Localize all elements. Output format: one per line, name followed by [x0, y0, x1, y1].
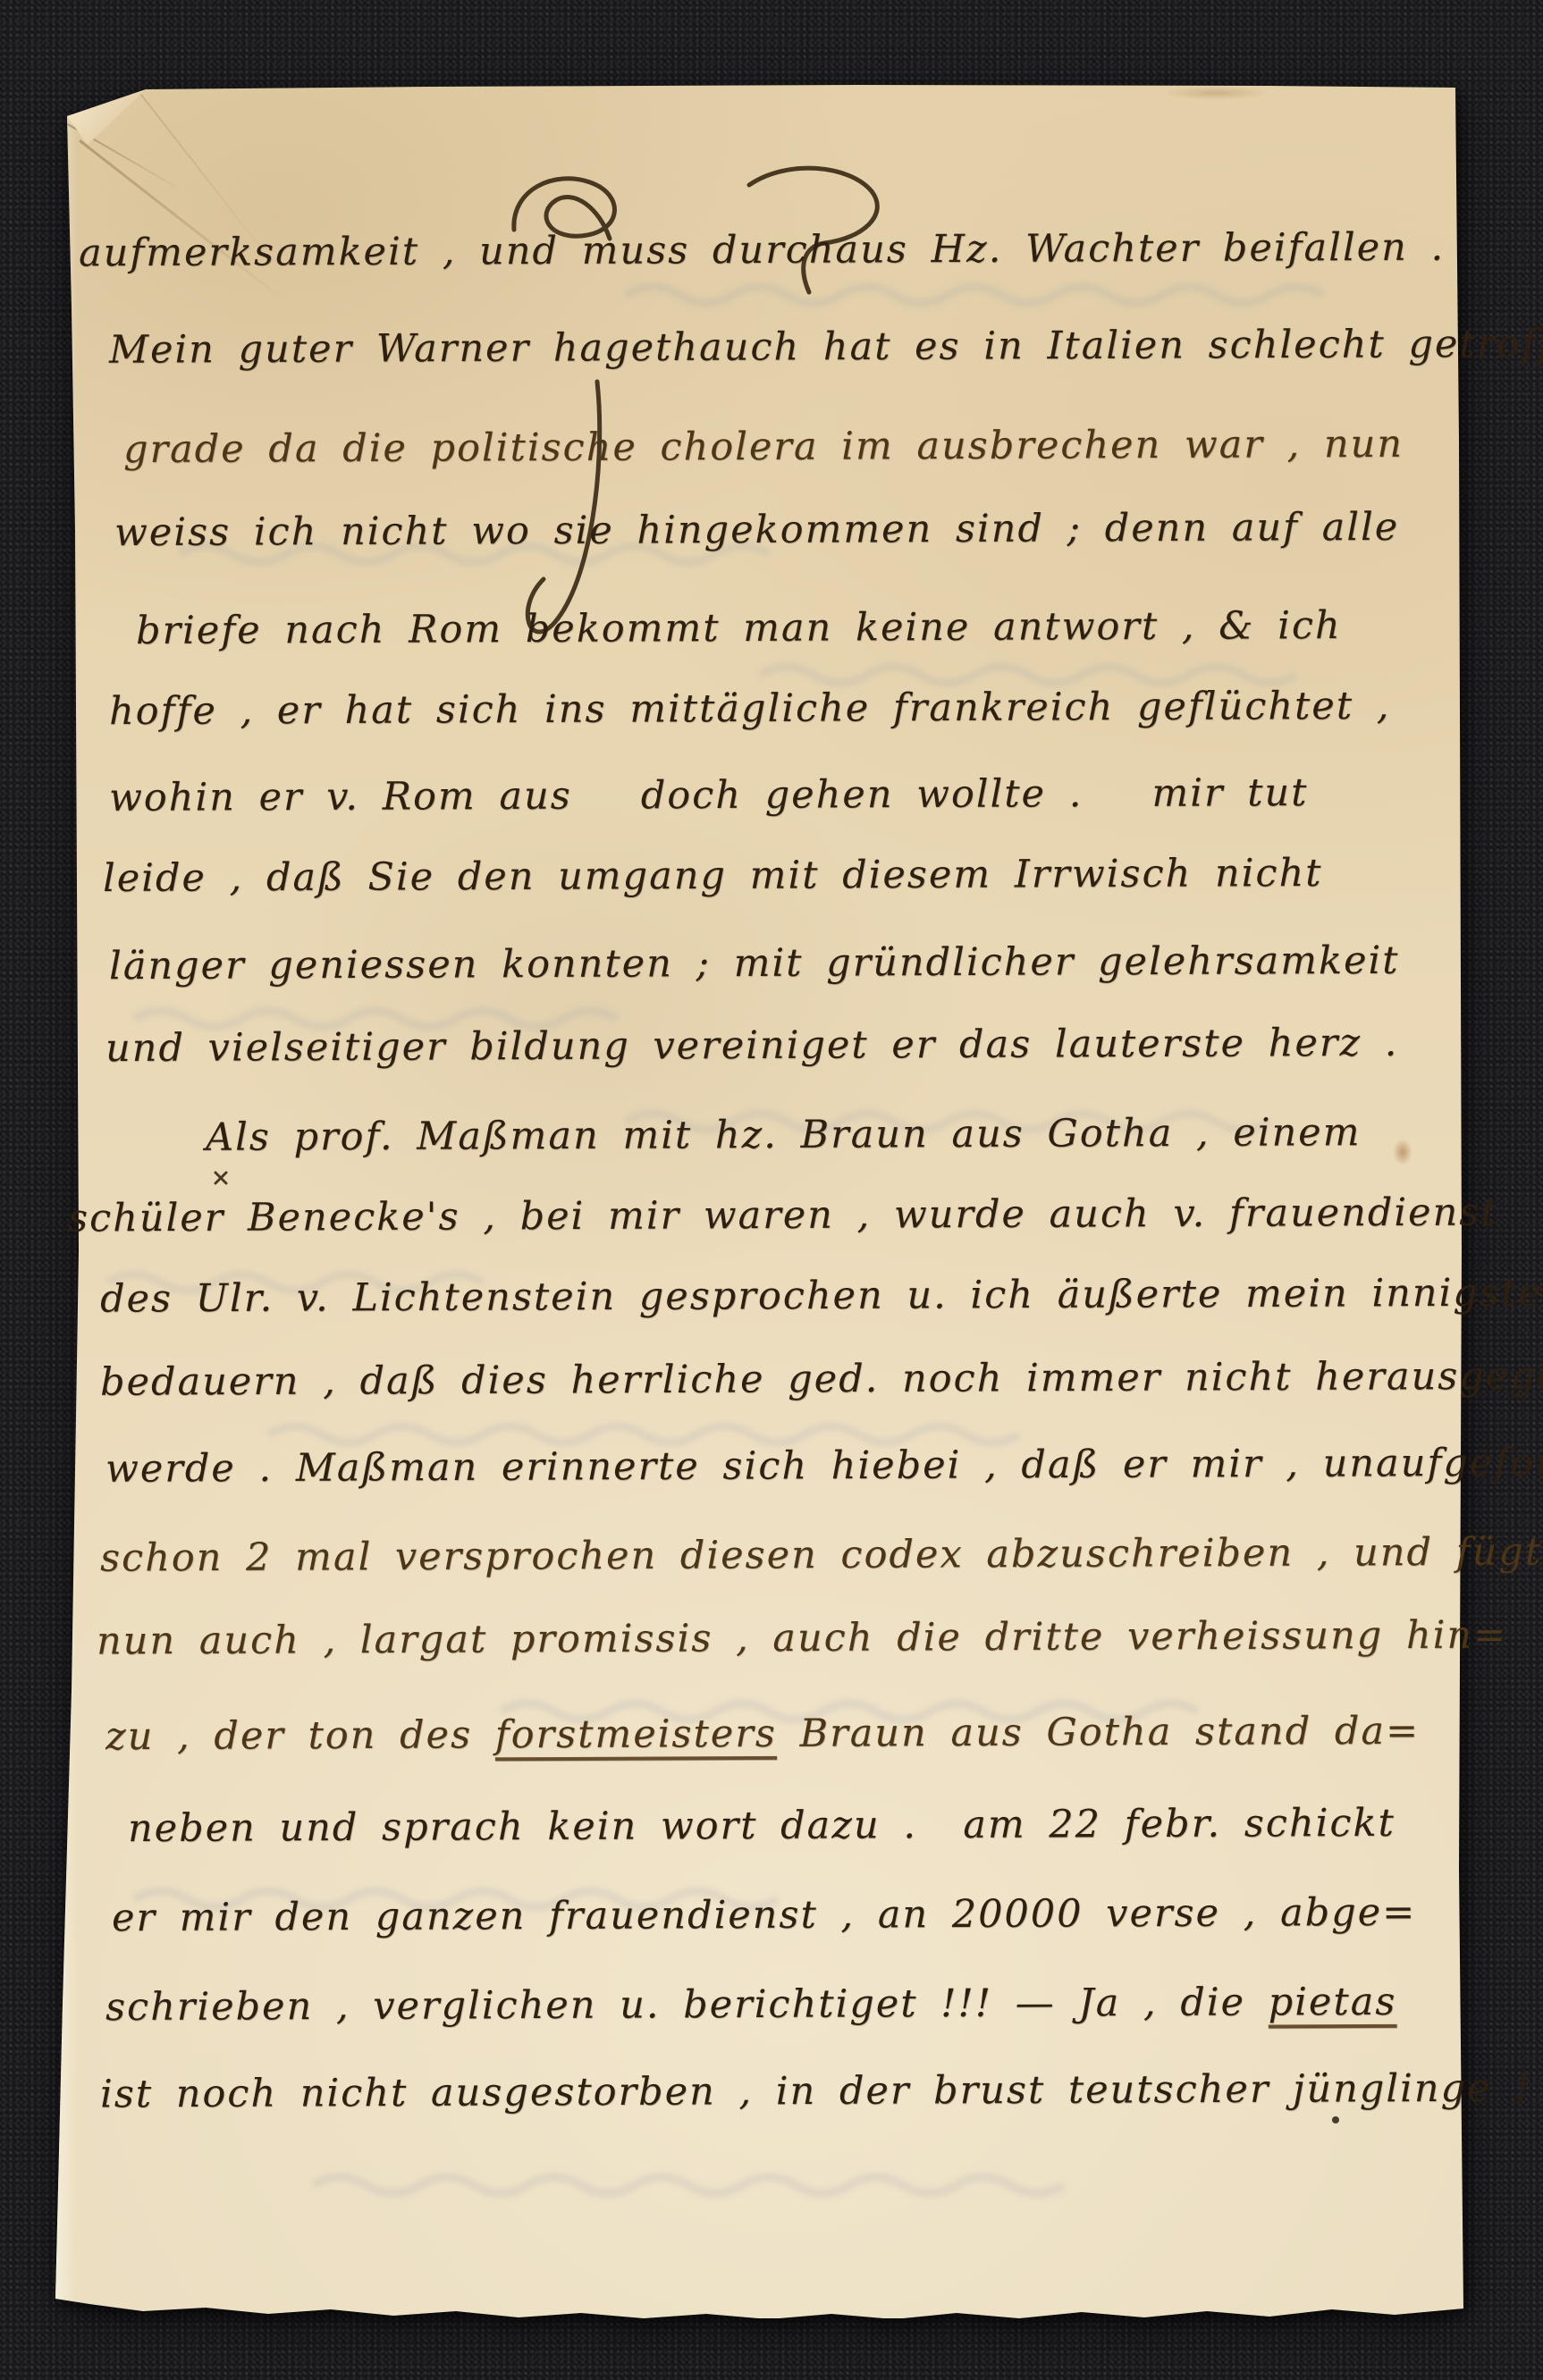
letter-line-text: schrieben , verglichen u. berichtiget !!… — [105, 1980, 1269, 2030]
letter-line-text: schon 2 mal versprochen diesen codex abz… — [100, 1529, 1543, 1580]
letter-line-text: grade da die politische cholera im ausbr… — [123, 422, 1404, 472]
letter-line: leide , daß Sie den umgang mit diesem Ir… — [103, 853, 1323, 900]
letter-line-text: des Ulr. v. Lichtenstein gesprochen u. i… — [100, 1270, 1543, 1321]
letter-line-text: und vielseitiger bildung vereiniget er d… — [105, 1021, 1399, 1071]
letter-line: Als prof. Maßman mit hz. Braun aus Gotha… — [206, 1112, 1362, 1159]
letter-line: werde . Maßman erinnerte sich hiebei , d… — [105, 1442, 1543, 1491]
letter-line-text: neben und sprach kein wort dazu . am 22 … — [128, 1801, 1395, 1851]
letter-line: länger geniessen konnten ; mit gründlich… — [109, 940, 1400, 988]
letter-line-text: briefe nach Rom bekommt man keine antwor… — [136, 603, 1342, 653]
letter-line: schon 2 mal versprochen diesen codex abz… — [100, 1531, 1543, 1579]
underlined-word: pietas — [1269, 1980, 1397, 2025]
letter-line: aufmerksamkeit , und muss durchaus Hz. W… — [79, 227, 1445, 275]
letter-line: weiss ich nicht wo sie hingekommen sind … — [114, 507, 1399, 555]
letter-line: nun auch , largat promissis , auch die d… — [97, 1615, 1507, 1663]
letter-line-text: weiss ich nicht wo sie hingekommen sind … — [114, 505, 1400, 555]
letter-line: schüler Benecke's , bei mir waren , wurd… — [68, 1192, 1498, 1240]
letter-line-text: zu , der ton des — [105, 1712, 495, 1759]
letter-line: hoffe , er hat sich ins mittägliche fran… — [109, 685, 1391, 734]
letter-line: er mir den ganzen frauendienst , an 2000… — [112, 1892, 1416, 1940]
letter-line-text: wohin er v. Rom aus doch gehen wollte . … — [109, 770, 1309, 820]
letter-line: des Ulr. v. Lichtenstein gesprochen u. i… — [100, 1272, 1543, 1320]
underlined-word: forstmeisters — [495, 1711, 777, 1757]
letter-line-text: Braun aus Gotha stand da= — [777, 1709, 1420, 1756]
photograph-of-letter-on-dark-cloth: aufmerksamkeit , und muss durchaus Hz. W… — [0, 0, 1543, 2380]
letter-line: briefe nach Rom bekommt man keine antwor… — [136, 605, 1342, 652]
letter-line-text: hoffe , er hat sich ins mittägliche fran… — [109, 684, 1391, 734]
letter-line-text: leide , daß Sie den umgang mit diesem Ir… — [103, 851, 1323, 901]
letter-line: wohin er v. Rom aus doch gehen wollte . … — [109, 772, 1309, 820]
letter-line-text: schüler Benecke's , bei mir waren , wurd… — [68, 1190, 1498, 1241]
letter-line-text: Als prof. Maßman mit hz. Braun aus Gotha… — [206, 1110, 1362, 1160]
letter-line: zu , der ton des forstmeisters Braun aus… — [105, 1711, 1420, 1759]
letter-line-text: bedauern , daß dies herrliche ged. noch … — [100, 1353, 1543, 1405]
letter-line: ist noch nicht ausgestorben , in der bru… — [100, 2068, 1532, 2116]
letter-line: bedauern , daß dies herrliche ged. noch … — [100, 1355, 1543, 1404]
letter-line-text: länger geniessen konnten ; mit gründlich… — [109, 938, 1400, 988]
letter-line-text: werde . Maßman erinnerte sich hiebei , d… — [105, 1440, 1543, 1492]
letter-line: grade da die politische cholera im ausbr… — [123, 424, 1404, 472]
letter-line-text: Mein guter Warner hagethauch hat es in I… — [109, 321, 1543, 372]
letter-line: schrieben , verglichen u. berichtiget !!… — [105, 1981, 1397, 2030]
letter-line-text: ist noch nicht ausgestorben , in der bru… — [100, 2066, 1532, 2117]
letter-text-layer: aufmerksamkeit , und muss durchaus Hz. W… — [0, 0, 1543, 2380]
letter-line-text: aufmerksamkeit , und muss durchaus Hz. W… — [79, 225, 1445, 276]
letter-line-text: nun auch , largat promissis , auch die d… — [97, 1613, 1507, 1664]
letter-line: Mein guter Warner hagethauch hat es in I… — [109, 323, 1543, 372]
letter-line: und vielseitiger bildung vereiniget er d… — [105, 1022, 1399, 1071]
letter-line: neben und sprach kein wort dazu . am 22 … — [128, 1803, 1395, 1850]
letter-line-text: er mir den ganzen frauendienst , an 2000… — [112, 1890, 1416, 1940]
